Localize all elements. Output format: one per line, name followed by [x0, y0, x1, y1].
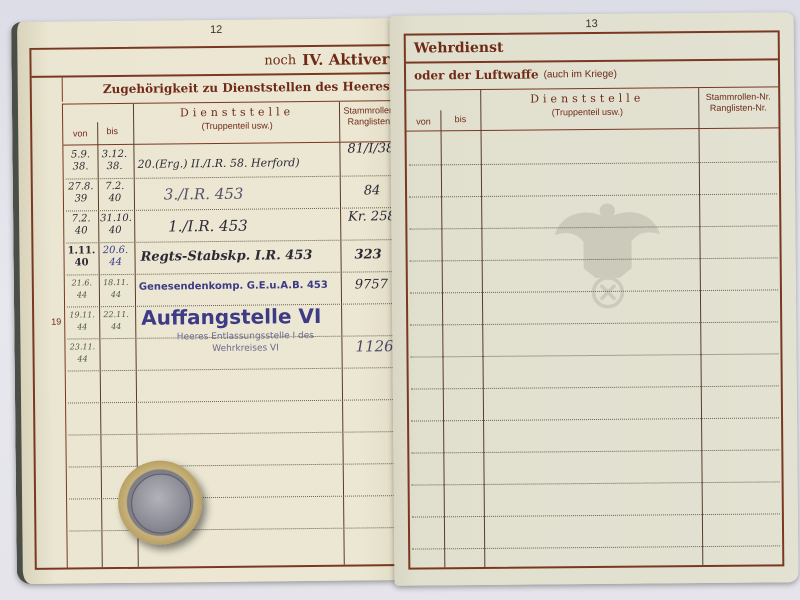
page-number-right: 13: [390, 16, 794, 32]
left-subtitle: Zugehörigkeit zu Dienststellen des Heere…: [62, 74, 398, 102]
entry-dienststelle: 20.(Erg.) II./I.R. 58. Herford): [137, 156, 299, 171]
title-prefix: noch: [264, 53, 296, 68]
col-dienststelle-sub: (Truppenteil usw.): [482, 106, 692, 119]
entry-von: 5.9. 38.: [65, 149, 95, 173]
entry-dienststelle: 1./I.R. 453: [168, 217, 248, 236]
subtitle-text: oder der Luftwaffe: [414, 67, 539, 82]
entry-von: 1.11. 40: [66, 245, 96, 269]
col-dienststelle-sub: (Truppenteil usw.): [137, 120, 337, 133]
entry-von: 27.8. 39: [66, 181, 96, 205]
entry-von: 19.11. 44: [67, 309, 97, 333]
stamp-auffangstelle: Auffangstelle VI: [141, 304, 321, 330]
entry-dienststelle: Regts-Stabskp. I.R. 453: [140, 248, 312, 265]
entry-bis: 31.10. 40: [100, 213, 130, 237]
stamp-entlassungsstelle: Heeres Entlassungsstelle I des Wehrkreis…: [175, 330, 315, 355]
right-form-frame: Wehrdienst oder der Luftwaffe (auch im K…: [404, 30, 785, 569]
title-text: IV. Aktiver: [302, 50, 389, 69]
left-table-header: von bis Dienststelle (Truppenteil usw.) …: [63, 101, 398, 146]
col-rangliste: Ranglisten-Nr.: [698, 102, 778, 114]
coin-center: [131, 473, 192, 534]
stamp-genesendenkomp: Genesendenkomp. G.E.u.A.B. 453: [139, 280, 328, 293]
right-page: 13 Wehrdienst oder der Luftwaffe (auch i…: [390, 12, 799, 586]
col-dienststelle: Dienststelle: [137, 106, 337, 119]
eagle-watermark-icon: [547, 193, 668, 314]
right-title: Wehrdienst: [406, 32, 778, 63]
entry-dienststelle: 3./I.R. 453: [164, 185, 244, 204]
entry-bis: 3.12. 38.: [99, 149, 129, 173]
left-rows: 5.9. 38. 3.12. 38. 20.(Erg.) II./I.R. 58…: [63, 143, 402, 567]
entry-nr: 84: [364, 183, 381, 198]
entry-nr: 1126: [355, 337, 393, 355]
col-von: von: [65, 128, 95, 139]
page-number-left: 12: [17, 22, 415, 38]
col-von: von: [408, 116, 438, 127]
entry-bis: 20.6. 44: [100, 245, 130, 269]
col-dienststelle: Dienststelle: [482, 92, 692, 105]
entry-nr: 323: [354, 247, 381, 262]
left-form-frame: noch IV. Aktiver Zugehörigkeit zu Dienst…: [29, 44, 404, 570]
entry-nr: 9757: [355, 277, 388, 292]
col-bis: bis: [97, 126, 127, 137]
entry-bis: 22.11. 44: [101, 309, 131, 333]
right-table-header: von bis Dienststelle (Truppenteil usw.) …: [406, 87, 778, 131]
entry-bis: 7.2. 40: [100, 181, 130, 205]
right-table: von bis Dienststelle (Truppenteil usw.) …: [406, 86, 782, 567]
entry-bis: 18.11. 44: [101, 277, 131, 301]
entry-nr: Kr. 258: [348, 209, 396, 224]
entry-von: 21.6. 44: [67, 277, 97, 301]
col-bis: bis: [442, 114, 478, 125]
row-marker: 19: [51, 317, 61, 327]
left-table: von bis Dienststelle (Truppenteil usw.) …: [62, 100, 403, 567]
left-title: noch IV. Aktiver: [31, 46, 397, 78]
subtitle-paren: (auch im Kriege): [544, 68, 617, 80]
left-page: 12 noch IV. Aktiver Zugehörigkeit zu Die…: [11, 18, 421, 584]
entry-von: 7.2. 40: [66, 213, 96, 237]
entry-von: 23.11. 44: [67, 341, 97, 365]
right-subtitle: oder der Luftwaffe (auch im Kriege): [406, 60, 778, 87]
col-stammrolle: Stammrollen-Nr.: [698, 91, 778, 103]
